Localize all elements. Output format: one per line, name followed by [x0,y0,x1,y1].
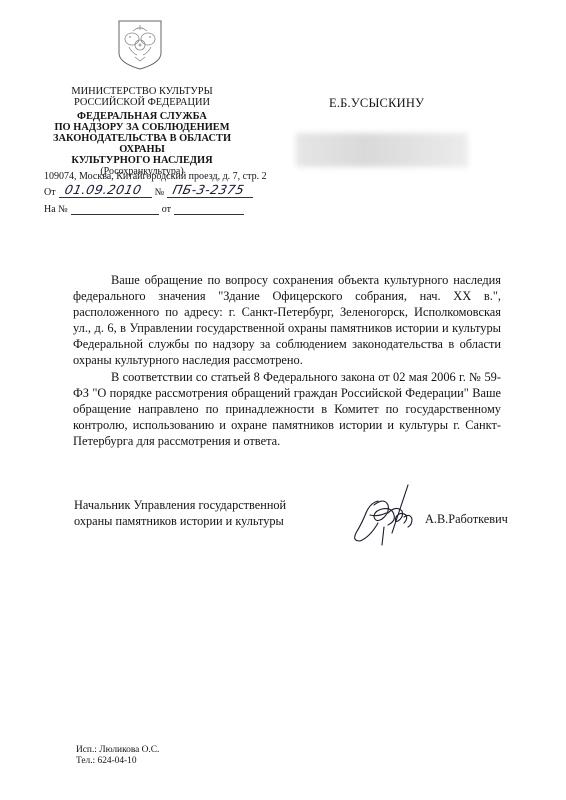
executor-phone: Тел.: 624-04-10 [76,756,159,767]
body-paragraph-2: В соответствии со статьей 8 Федерального… [73,369,501,449]
reply-date-field [174,203,244,215]
signatory-title: Начальник Управления государственной охр… [74,497,286,529]
reply-number-field [71,203,159,215]
recipient-name: Е.Б.УСЫСКИНУ [329,96,424,111]
date-field: 01.09.2010 [59,186,152,198]
coat-of-arms-icon [117,19,163,71]
signatory-title-line-2: охраны памятников истории и культуры [74,513,286,529]
executor-name: Исп.: Люликова О.С. [76,745,159,756]
reply-to-label: На № [44,204,68,215]
organization-header: МИНИСТЕРСТВО КУЛЬТУРЫ РОССИЙСКОЙ ФЕДЕРАЦ… [38,86,246,178]
reply-reference-line: На № от [44,203,247,215]
handwritten-signature-icon [348,483,426,547]
ministry-line-1: МИНИСТЕРСТВО КУЛЬТУРЫ [38,86,246,97]
number-label: № [155,187,165,198]
ministry-line-2: РОССИЙСКОЙ ФЕДЕРАЦИИ [38,97,246,108]
handwritten-date: 01.09.2010 [63,182,143,197]
body-paragraph-1: Ваше обращение по вопросу сохранения объ… [73,272,501,369]
service-line-1: ФЕДЕРАЛЬНАЯ СЛУЖБА [38,111,246,122]
executor-info: Исп.: Люликова О.С. Тел.: 624-04-10 [76,745,159,767]
service-line-4: КУЛЬТУРНОГО НАСЛЕДИЯ [38,155,246,166]
service-name: ФЕДЕРАЛЬНАЯ СЛУЖБА ПО НАДЗОРУ ЗА СОБЛЮДЕ… [38,111,246,166]
recipient-address-redacted [296,133,468,167]
service-line-2: ПО НАДЗОРУ ЗА СОБЛЮДЕНИЕМ [38,122,246,133]
organization-address: 109074, Москва, Китайгородский проезд, д… [44,171,267,182]
handwritten-number: ПБ-3-2375 [172,182,246,197]
registration-line: От 01.09.2010 № ПБ-3-2375 [44,186,256,198]
number-field: ПБ-3-2375 [167,186,253,198]
letter-body: Ваше обращение по вопросу сохранения объ… [73,272,501,449]
signer-name: А.В.Работкевич [425,512,508,527]
service-line-3: ЗАКОНОДАТЕЛЬСТВА В ОБЛАСТИ ОХРАНЫ [38,133,246,155]
from-label: От [44,187,56,198]
reply-date-label: от [162,204,171,215]
signatory-title-line-1: Начальник Управления государственной [74,497,286,513]
